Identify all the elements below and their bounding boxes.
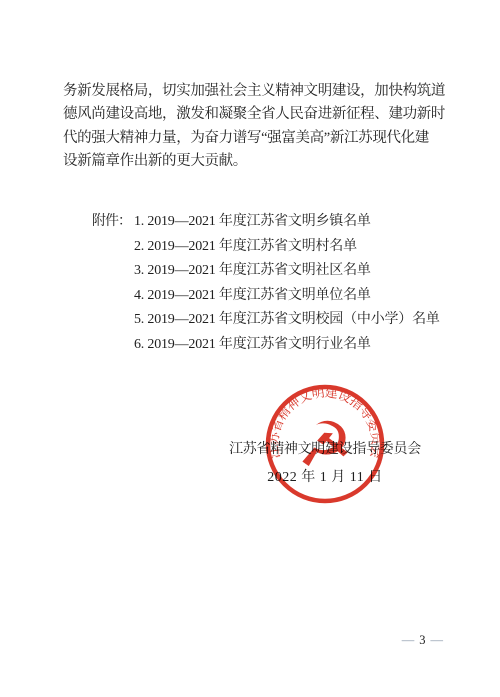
page-number: —3— [402,633,443,648]
signature-organization: 江苏省精神文明建设指导委员会 [175,438,475,458]
body-line: 务新发展格局，切实加强社会主义精神文明建设，加快构筑道 [63,80,451,103]
attachment-item: 2. 2019—2021 年度江苏省文明村名单 [134,235,440,260]
body-line: 代的强大精神力量，为奋力谱写“强富美高”新江苏现代化建 [63,127,451,150]
attachment-item: 3. 2019—2021 年度江苏省文明社区名单 [134,259,440,284]
document-page: 务新发展格局，切实加强社会主义精神文明建设，加快构筑道 德风尚建设高地，激发和凝… [0,0,500,697]
body-paragraph: 务新发展格局，切实加强社会主义精神文明建设，加快构筑道 德风尚建设高地，激发和凝… [63,80,451,174]
page-number-dash-right: — [431,633,444,647]
attachment-item: 1. 2019—2021 年度江苏省文明乡镇名单 [134,210,440,235]
attachment-item: 4. 2019—2021 年度江苏省文明单位名单 [134,284,440,309]
attachment-item: 6. 2019—2021 年度江苏省文明行业名单 [134,333,440,358]
page-number-dash-left: — [402,633,415,647]
page-number-value: 3 [414,633,430,647]
attachments-list: 1. 2019—2021 年度江苏省文明乡镇名单 2. 2019—2021 年度… [134,210,440,358]
body-line: 设新篇章作出新的更大贡献。 [63,150,451,173]
signature-date: 2022 年 1 月 11 日 [175,466,475,486]
attachments-label: 附件： [92,210,134,235]
attachment-item: 5. 2019—2021 年度江苏省文明校园（中小学）名单 [134,308,440,333]
body-line: 德风尚建设高地，激发和凝聚全省人民奋进新征程、建功新时 [63,103,451,126]
attachments-block: 附件： 1. 2019—2021 年度江苏省文明乡镇名单 2. 2019—202… [92,210,440,358]
